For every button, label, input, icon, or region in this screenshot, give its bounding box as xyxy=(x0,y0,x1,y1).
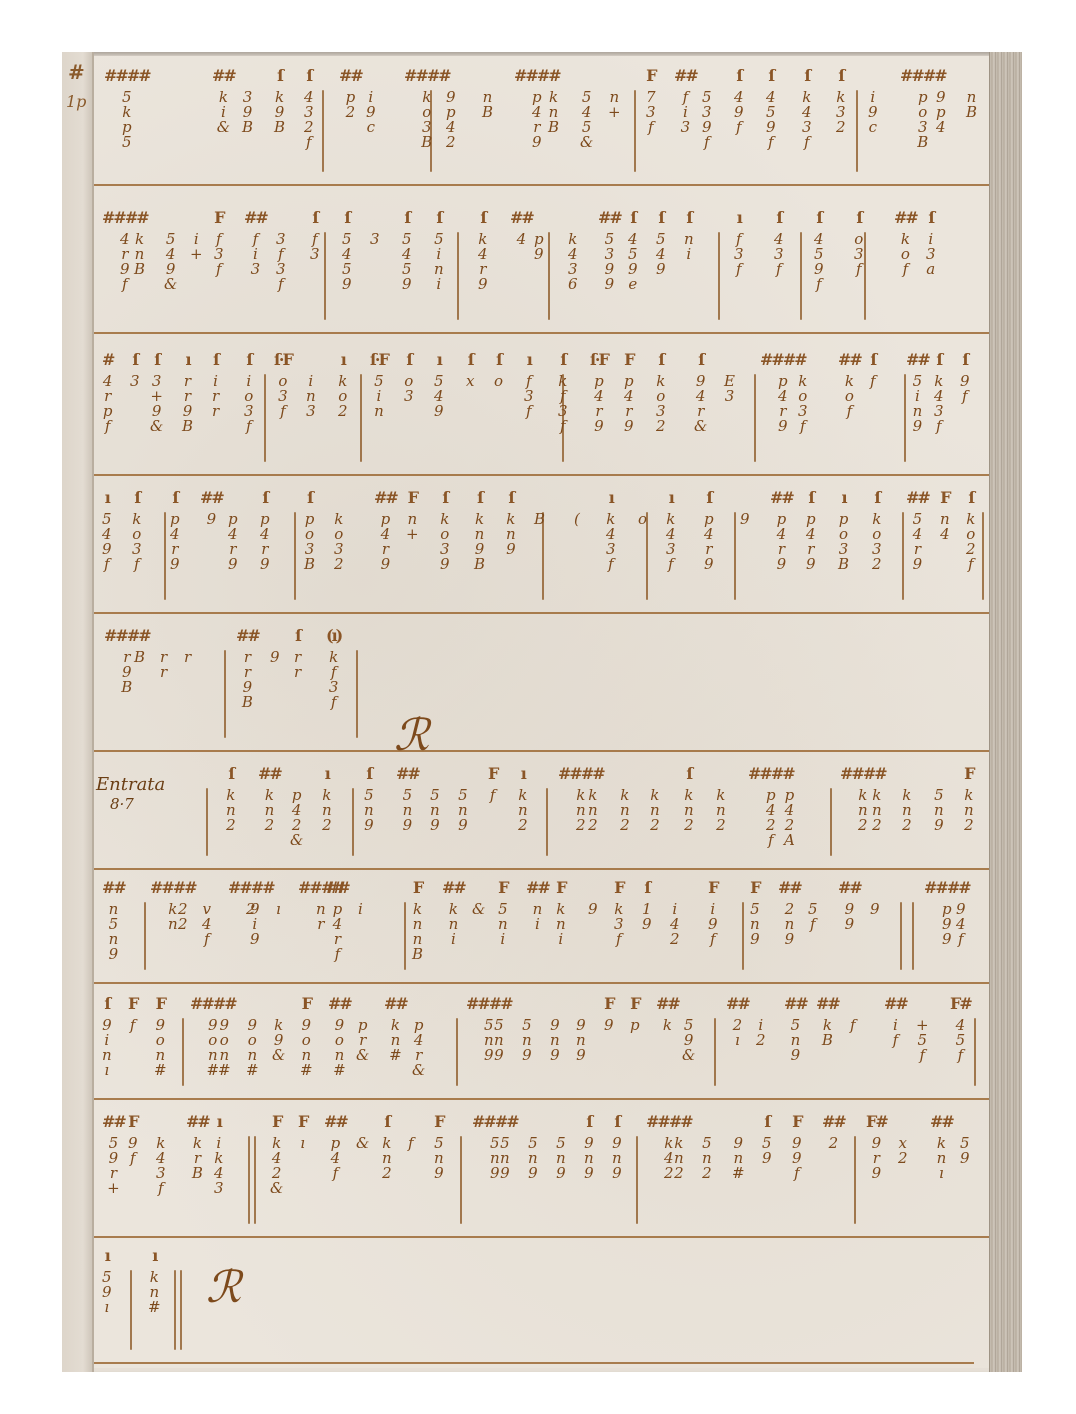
tablature-letter: 2 xyxy=(964,818,974,833)
tablature-letter: 9 xyxy=(604,1018,614,1033)
tablature-letter: f xyxy=(704,135,710,150)
tablature-system: #4rpfſ3ſ3+9&ırr9Bſirrſio3fſ·Fo3fin3ıko2ſ… xyxy=(94,346,990,474)
barline xyxy=(754,374,756,462)
barline xyxy=(404,902,406,970)
barline xyxy=(636,1136,638,1224)
tablature-chord: ſ432f xyxy=(304,68,314,150)
tablature-chord: kn2 xyxy=(620,766,630,833)
rhythm-sign: ſ xyxy=(764,1114,769,1136)
tablature-chord: Fp xyxy=(630,996,640,1033)
tablature-chord: kn2 xyxy=(872,766,882,833)
rhythm-sign: ſ xyxy=(496,352,501,374)
rhythm-sign: ## xyxy=(656,996,679,1018)
tablature-letter: ı xyxy=(735,1033,740,1048)
barline xyxy=(830,788,832,856)
tablature-letter: 3 xyxy=(251,262,261,277)
tablature-letter: 2 xyxy=(684,818,694,833)
rhythm-sign: ## xyxy=(674,68,697,90)
tablature-chord: f xyxy=(408,1114,414,1151)
tablature-chord: F9f xyxy=(128,1114,138,1166)
tablature-chord: 5n9 xyxy=(494,996,504,1063)
tablature-letter: 2 xyxy=(756,1033,766,1048)
tablature-letter: f xyxy=(158,1181,164,1196)
tablature-letter: p xyxy=(630,1018,640,1033)
tablature-letter: ı xyxy=(104,1300,109,1315)
rhythm-sign: ## xyxy=(102,1114,125,1136)
tablature-letter: f xyxy=(800,419,806,434)
tablature-letter: 2 xyxy=(620,818,630,833)
tablature-chord: (ı)kf3f xyxy=(326,628,341,710)
tablature-letter: 9 xyxy=(381,557,391,572)
rhythm-sign: ſ xyxy=(658,352,663,374)
tablature-letter: i xyxy=(358,902,363,917)
tablature-letter: 9 xyxy=(656,262,666,277)
rhythm-sign: F xyxy=(940,490,949,512)
rhythm-sign: ſ xyxy=(404,210,409,232)
tablature-chord: ſko32 xyxy=(872,490,882,572)
tablature-letter: B xyxy=(966,105,977,120)
rhythm-sign: ## xyxy=(212,68,235,90)
rhythm-sign: ſ xyxy=(630,210,635,232)
tablature-letter: 9 xyxy=(588,902,598,917)
tablature-chord: Ff xyxy=(488,766,497,803)
tablature-chord: ####kn xyxy=(150,880,196,932)
tablature-letter: B xyxy=(822,1033,833,1048)
tablature-letter: & xyxy=(412,1063,425,1078)
tablature-system: ####4r9fknB549&i+Ff3f##fi33f3fſf3ſ54593ſ… xyxy=(94,204,990,332)
barline xyxy=(864,232,866,320)
tablature-letter: 2 xyxy=(518,818,528,833)
tablature-chord: ##kn2 xyxy=(258,766,281,833)
rhythm-sign: ## xyxy=(200,490,223,512)
tablature-chord: 9on# xyxy=(218,996,231,1078)
tablature-chord: ##p4r9 xyxy=(374,490,397,572)
rhythm-sign: ſ·F xyxy=(274,352,292,374)
tablature-chord: kn2 xyxy=(902,766,912,833)
tablature-letter: & xyxy=(580,135,593,150)
tablature-letter: 9 xyxy=(484,1048,494,1063)
tablature-chord: in3 xyxy=(306,352,316,419)
tablature-letter: 9 xyxy=(228,557,238,572)
system-divider-line xyxy=(94,184,990,186)
tablature-letter: 9 xyxy=(777,557,787,572)
tablature-letter: 5 xyxy=(122,135,132,150)
rhythm-sign: ſ xyxy=(768,68,773,90)
tablature-chord: 22 xyxy=(178,880,188,932)
tablature-chord: & xyxy=(472,880,485,917)
rhythm-sign: F xyxy=(708,880,717,902)
tablature-letter: f xyxy=(278,277,284,292)
manuscript-scan: # 1p ####5kp5##ki&39Bſk9Bſ432f##p2i9c###… xyxy=(62,52,1022,1372)
rhythm-sign: ſ·F xyxy=(370,352,388,374)
tablature-letter: 4 xyxy=(517,232,527,247)
rhythm-sign: ## xyxy=(510,210,533,232)
rhythm-sign: #### xyxy=(404,68,450,90)
piece-title: Entrata xyxy=(96,774,165,795)
tablature-chord: k9& xyxy=(272,996,285,1063)
tablature-letter: c xyxy=(869,120,877,135)
barline xyxy=(322,90,324,172)
tablature-letter: f xyxy=(920,1048,926,1063)
barline xyxy=(324,232,326,320)
barline xyxy=(546,788,548,856)
tablature-chord: i9c xyxy=(868,68,878,135)
tablature-letter: 9 xyxy=(458,818,468,833)
tablature-chord: F5ni xyxy=(498,880,508,947)
tablature-chord: Fı xyxy=(298,1114,307,1151)
barline xyxy=(294,512,296,600)
rhythm-sign: ſ xyxy=(213,352,218,374)
tablature-chord: i xyxy=(358,880,363,917)
barline xyxy=(974,1018,976,1086)
rhythm-sign: ſ xyxy=(968,490,973,512)
tablature-letter: 2 xyxy=(898,1151,908,1166)
tablature-chord: ıkn2 xyxy=(322,766,332,833)
tablature-letter: B xyxy=(474,557,485,572)
rhythm-sign: #### xyxy=(104,68,150,90)
tablature-letter: 9 xyxy=(260,557,270,572)
tablature-letter: # xyxy=(218,1063,231,1078)
tablature-letter: 2 xyxy=(346,105,356,120)
tablature-chord: F9on# xyxy=(154,996,167,1078)
tablature-letter: f xyxy=(936,419,942,434)
barline xyxy=(800,232,802,320)
rhythm-sign: ſ xyxy=(560,352,565,374)
tablature-chord: ####5n9 xyxy=(466,996,512,1063)
tablature-chord: ſ9n9 xyxy=(612,1114,622,1181)
tablature-letter: f xyxy=(134,557,140,572)
tablature-chord: ı549f xyxy=(102,490,112,572)
tablature-letter: 9 xyxy=(584,1166,594,1181)
tablature-letter: f xyxy=(776,262,782,277)
tablature-chord: ##ki& xyxy=(212,68,235,135)
tablature-letter: 9 xyxy=(762,1151,772,1166)
tablature-chord: ſko2f xyxy=(966,490,976,572)
tablature-chord: kn2 xyxy=(716,766,726,833)
tablature-letter: f xyxy=(560,419,566,434)
tablature-system: ſkn2##kn2p42&ıkn2ſ5n9##5n95n95n9Ffıkn2##… xyxy=(94,760,990,868)
tablature-letter: f xyxy=(104,557,110,572)
rhythm-sign: ſ xyxy=(508,490,513,512)
rhythm-sign: ſ xyxy=(804,68,809,90)
rhythm-sign: ı xyxy=(152,1248,156,1270)
tablature-letter: f xyxy=(331,695,337,710)
tablature-letter: 9 xyxy=(872,1166,882,1181)
tablature-chord: i9c xyxy=(366,68,376,135)
tablature-chord: & xyxy=(356,1114,369,1151)
barline xyxy=(264,374,266,462)
tablature-chord: ſ19 xyxy=(642,880,652,932)
tablature-letter: 9 xyxy=(403,818,413,833)
rhythm-sign: ſ xyxy=(468,352,473,374)
tablature-letter: 2 xyxy=(836,120,846,135)
tablature-letter: k xyxy=(663,1018,672,1033)
rhythm-sign: F xyxy=(624,352,633,374)
tablature-chord: ####5kp5 xyxy=(104,68,150,150)
tablature-chord: k436 xyxy=(568,210,578,292)
tablature-letter: 2 xyxy=(656,419,666,434)
tablature-letter: 9 xyxy=(490,1166,500,1181)
rhythm-sign: ſ xyxy=(838,68,843,90)
tablature-letter: f xyxy=(216,262,222,277)
tablature-chord: Fk42& xyxy=(270,1114,283,1196)
tablature-chord: ſkn9B xyxy=(474,490,485,572)
tablature-chord: ſko3f xyxy=(132,490,142,572)
tablature-chord: ſkn2 xyxy=(226,766,236,833)
rhythm-sign: F xyxy=(413,880,422,902)
tablature-letter: 9 xyxy=(870,902,880,917)
tablature-chord: ſpo3B xyxy=(304,490,315,572)
rhythm-sign: ## xyxy=(838,880,861,902)
rhythm-sign: F xyxy=(646,68,655,90)
rhythm-sign: ſ xyxy=(658,210,663,232)
tablature-letter: 9 xyxy=(270,650,280,665)
rhythm-sign: F xyxy=(750,880,759,902)
tablature-chord: ſ5ini xyxy=(434,210,444,292)
rhythm-sign: #### xyxy=(646,1114,692,1136)
rhythm-sign: ſ xyxy=(307,490,312,512)
tablature-chord: ( xyxy=(574,490,580,527)
rhythm-sign: ſ xyxy=(870,352,875,374)
tablature-system: ſ9inıFfF9on#####9on#9on#9on#k9&F9on###9o… xyxy=(94,990,990,1098)
tablature-letter: f xyxy=(306,135,312,150)
tablature-letter: i xyxy=(451,932,456,947)
rhythm-sign: ſ xyxy=(436,210,441,232)
tablature-letter: f xyxy=(130,1018,136,1033)
system-divider-line xyxy=(94,474,990,476)
tablature-letter: 9 xyxy=(791,1048,801,1063)
tablature-letter: 9 xyxy=(506,542,516,557)
tablature-letter: 2 xyxy=(382,1166,392,1181)
barline xyxy=(224,650,226,738)
tablature-chord: 9p4 xyxy=(936,68,946,135)
tablature-chord: ſko32 xyxy=(656,352,666,434)
tablature-letter: 9 xyxy=(934,818,944,833)
tablature-chord: 9i9 xyxy=(250,880,260,947)
tablature-letter: + xyxy=(190,247,203,262)
barline xyxy=(718,232,720,320)
rhythm-sign: ſ xyxy=(228,766,233,788)
tablature-chord: x2 xyxy=(898,1114,908,1166)
tablature-chord: ſx xyxy=(466,352,474,389)
system-divider-line xyxy=(94,1362,974,1364)
rhythm-sign: ## xyxy=(258,766,281,788)
tablature-letter: 9 xyxy=(402,277,412,292)
tablature-letter: # xyxy=(154,1063,167,1078)
tablature-chord: 39B xyxy=(242,68,253,135)
rhythm-sign: ## xyxy=(822,1114,845,1136)
barline xyxy=(144,902,146,970)
rhythm-sign: ſ xyxy=(962,352,967,374)
tablature-letter: f xyxy=(616,932,622,947)
tablature-chord: B xyxy=(534,490,545,527)
tablature-chord: ıf3f xyxy=(524,352,534,419)
tablature-chord: ##knı xyxy=(930,1114,953,1181)
barline xyxy=(457,232,459,320)
end-flourish-signum: ℛ xyxy=(206,1262,241,1313)
tablature-letter: ı xyxy=(276,902,281,917)
tablature-letter: 9 xyxy=(806,557,816,572)
tablature-chord: ſirr xyxy=(212,352,219,419)
tablature-letter: 3 xyxy=(370,232,380,247)
rhythm-sign: F xyxy=(964,766,973,788)
rhythm-sign: ı xyxy=(185,352,189,374)
tablature-chord: +5f xyxy=(916,996,929,1063)
tablature-letter: # xyxy=(732,1166,745,1181)
tablature-letter: 9 xyxy=(434,1166,444,1181)
tablature-chord: 59& xyxy=(682,996,695,1063)
tablature-chord: o xyxy=(638,490,647,527)
tablature-letter: B xyxy=(134,262,145,277)
tablature-letter: 2 xyxy=(226,818,236,833)
tablature-chord: ſ94r& xyxy=(694,352,707,434)
tablature-letter: & xyxy=(694,419,707,434)
tablature-chord: p4r9 xyxy=(228,490,238,572)
rhythm-sign: ## xyxy=(328,996,351,1018)
rhythm-sign: ## xyxy=(930,1114,953,1136)
tablature-chord: ##fi3 xyxy=(674,68,697,135)
barline xyxy=(254,1136,256,1224)
tablature-letter: # xyxy=(300,1063,313,1078)
tablature-page: ####5kp5##ki&39Bſk9Bſ432f##p2i9c####ko3B… xyxy=(94,56,990,1368)
tablature-letter: 2 xyxy=(576,818,586,833)
tablature-letter: f xyxy=(122,277,128,292)
tablature-chord: 9on# xyxy=(246,996,259,1078)
tablature-chord: 549& xyxy=(164,210,177,292)
tablature-letter: a xyxy=(926,262,935,277)
rhythm-sign: ## xyxy=(102,880,125,902)
tablature-chord: pr& xyxy=(356,996,369,1063)
tablature-chord: ##k xyxy=(656,996,679,1033)
tablature-chord: ıko2 xyxy=(338,352,348,419)
tablature-letter: 3 xyxy=(214,1181,224,1196)
rhythm-sign: ſ xyxy=(384,1114,389,1136)
tablature-chord: ##kof xyxy=(894,210,917,277)
barline xyxy=(248,1136,250,1224)
rhythm-sign: ı xyxy=(527,352,531,374)
tablature-chord: r xyxy=(184,628,191,665)
tablature-letter: f xyxy=(816,277,822,292)
tablature-letter: 3 xyxy=(310,247,320,262)
tablature-chord: 5n9 xyxy=(522,996,532,1063)
barline xyxy=(130,1270,132,1350)
rhythm-sign: ## xyxy=(326,880,349,902)
tablature-chord: ##5399 xyxy=(598,210,621,292)
tablature-letter: 9 xyxy=(960,1151,970,1166)
tablature-letter: 9 xyxy=(494,1048,504,1063)
tablature-letter: r xyxy=(212,404,219,419)
tablature-chord: knB xyxy=(548,68,559,135)
tablature-letter: f xyxy=(856,262,862,277)
tablature-letter: 9 xyxy=(594,419,604,434)
tablature-chord: ##54r9 xyxy=(906,490,929,572)
tablature-letter: B xyxy=(134,650,145,665)
rhythm-sign: ſ xyxy=(928,210,933,232)
tablature-letter: 9 xyxy=(556,1166,566,1181)
tablature-letter: 9 xyxy=(170,557,180,572)
tablature-chord: Fk3f xyxy=(614,880,624,947)
tablature-chord: ſk4r9 xyxy=(478,210,488,292)
tablature-chord: ſni xyxy=(684,210,694,262)
barline xyxy=(714,1018,716,1086)
rhythm-sign: # xyxy=(102,352,113,374)
rhythm-sign: ## xyxy=(726,996,749,1018)
rhythm-sign: ſ xyxy=(936,352,941,374)
rhythm-sign: ſ xyxy=(586,1114,591,1136)
tablature-letter: ( xyxy=(574,512,580,527)
rhythm-sign: #### xyxy=(472,1114,518,1136)
tablature-chord: 94f xyxy=(956,880,966,947)
tablature-letter: & xyxy=(682,1048,695,1063)
tablature-chord: 9n9 xyxy=(576,996,586,1063)
tablature-letter: 9 xyxy=(500,1166,510,1181)
rhythm-sign: ſ xyxy=(736,68,741,90)
tablature-letter: f xyxy=(130,1151,136,1166)
rhythm-sign: ı xyxy=(105,1248,109,1270)
tablature-chord: ſ·Fo3f xyxy=(274,352,292,419)
tablature-letter: n xyxy=(374,404,384,419)
tablature-letter: 9 xyxy=(534,247,544,262)
tablature-letter: r xyxy=(317,917,324,932)
rhythm-sign: ## xyxy=(778,880,801,902)
tablature-letter: f xyxy=(333,1166,339,1181)
tablature-chord: ##p2 xyxy=(339,68,362,120)
tablature-chord: ſk32 xyxy=(836,68,846,135)
tablature-chord: ſ5459 xyxy=(402,210,412,292)
rhythm-sign: ſ xyxy=(614,1114,619,1136)
tablature-chord: ſ·F5in xyxy=(370,352,388,419)
rhythm-sign: F xyxy=(298,1114,307,1136)
rhythm-sign: ſ xyxy=(262,490,267,512)
tablature-chord: 5n9 xyxy=(430,766,440,833)
tablature-letter: f xyxy=(648,120,654,135)
tablature-letter: 9 xyxy=(528,1166,538,1181)
tablature-chord: 3 xyxy=(370,210,380,247)
tablature-chord: n+ xyxy=(608,68,621,120)
tablature-chord: 9 xyxy=(270,628,280,665)
tablature-chord: 5n9 xyxy=(556,1114,566,1181)
tablature-letter: 2 xyxy=(674,1166,684,1181)
rhythm-sign: F# xyxy=(866,1114,887,1136)
barline xyxy=(900,902,902,970)
tablature-chord: ſ459f xyxy=(814,210,824,292)
tablature-chord: F#45f xyxy=(950,996,971,1063)
tablature-chord: ſ3 xyxy=(130,352,140,389)
tablature-letter: f xyxy=(490,788,496,803)
tablature-letter: B xyxy=(121,680,132,695)
rhythm-sign: (ı) xyxy=(326,628,341,650)
tablature-letter: f xyxy=(608,557,614,572)
tablature-chord: ſf3 xyxy=(310,210,320,262)
rhythm-sign: ſ xyxy=(104,996,109,1018)
tablature-chord: 545& xyxy=(580,68,593,150)
tablature-letter: 2 xyxy=(872,557,882,572)
tablature-letter: & xyxy=(272,1048,285,1063)
rhythm-sign: ſ·F xyxy=(590,352,608,374)
tablature-letter: i xyxy=(558,932,563,947)
rhythm-sign: ## xyxy=(396,766,419,788)
tablature-chord: ſrr xyxy=(294,628,301,680)
tablature-chord: Fn+ xyxy=(406,490,419,542)
tablature-chord: ık43f xyxy=(666,490,676,572)
tablature-letter: 9 xyxy=(532,135,542,150)
tablature-letter: B xyxy=(534,512,545,527)
tablature-chord: ſ49f xyxy=(734,68,744,135)
tablature-chord: ##4 xyxy=(510,210,533,247)
tablature-letter: f xyxy=(768,135,774,150)
tablature-letter: f xyxy=(794,1166,800,1181)
tablature-chord: ı549 xyxy=(434,352,444,419)
